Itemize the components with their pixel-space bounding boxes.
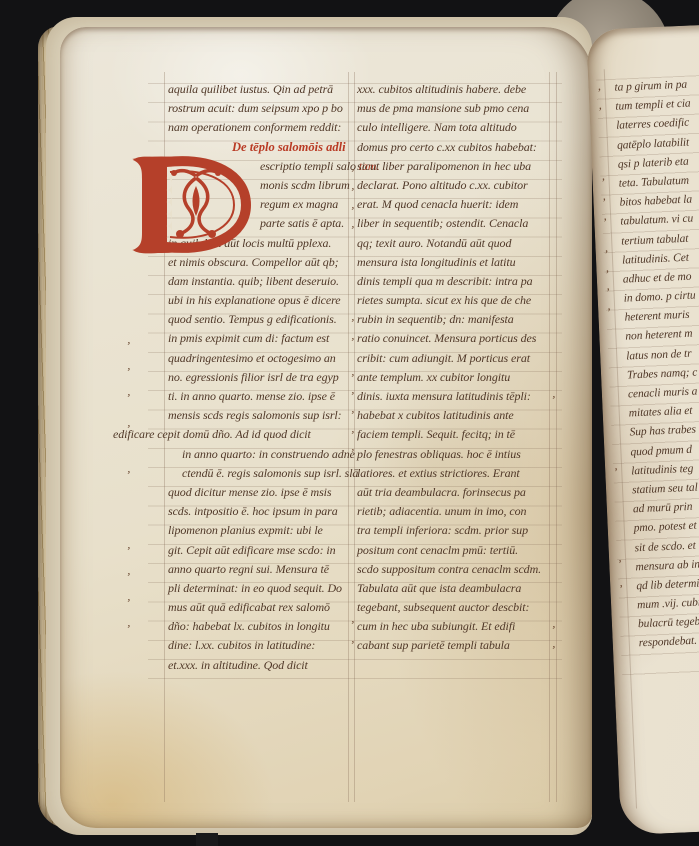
text-line: cum in hec uba subiungit. Et edifi [357,617,552,636]
decorated-initial-icon [130,154,254,256]
text-line: bulacrū tegeb [638,611,699,634]
text-line: mensis scds regis salomonis sup isrl: [168,406,350,425]
text-line: scds. intpositio ē. hoc ipsum in para [168,502,350,521]
text-line: in pmis expimit cum di: factum est [168,329,350,348]
left-column-body: in quibdam aūt locis multū pplexa.et nim… [168,234,350,675]
text-line: tegebant, subsequent auctor descbit: [357,598,552,617]
margin-mark: ʼ [350,337,354,347]
text-line: parte satis ē apta. [260,214,350,233]
margin-mark: ʼ [606,307,610,317]
margin-mark: ʼ [126,572,130,582]
text-line: latitudinis teg [631,458,699,481]
margin-mark: ʼ [551,625,555,635]
text-line: aūt tria deambulacra. forinsecus pa [357,483,552,502]
text-line: erat. M quod cenacla huerit: idem [357,195,552,214]
margin-mark: ʼ [613,467,617,477]
margin-mark: ʼ [605,287,609,297]
text-line: faciem templi. Sequit. fecitq; in tē [357,425,552,444]
text-line: pli determinat: in eo quod sequit. Do [168,579,350,598]
left-text-column: aquila quilibet iustus. Qin ad petrārost… [168,80,350,675]
text-line: scdo suppositum contra cenaclm scdm. [357,560,552,579]
text-line: mensura ab in [635,554,699,577]
margin-mark: ʼ [126,546,130,556]
margin-mark: ʼ [126,424,130,434]
text-line: Sup has trabes [629,420,699,443]
text-line: sicut liber paralipomenon in hec uba [357,157,552,176]
margin-mark: ʼ [601,197,605,207]
text-line: escriptio templi salo tam. [260,157,350,176]
margin-mark: ʼ [350,410,354,420]
text-line: statium seu tal [632,477,699,500]
text-line: tra templi inferiora: scdm. prior sup [357,521,552,540]
text-line: sit de scdo. et te [634,535,699,558]
text-line: mensura ista longitudinis et latitu [357,253,552,272]
text-line: domus pro certo c.xx cubitos habebat: [357,138,552,157]
margin-mark: ʼ [597,87,601,97]
margin-mark: ʼ [126,341,130,351]
text-line: liber in sequentib; ostendit. Cenacla [357,214,552,233]
margin-mark: ʼ [350,448,354,458]
text-line: non heterent m [625,324,699,347]
text-line: quod pmum d [630,439,699,462]
text-line: ctendū ē. regis salomonis sup isrl. slā [182,464,350,483]
margin-mark: ʼ [350,206,354,216]
text-line: in anno quarto: in construendo adne [182,445,350,464]
text-line: ti. in anno quarto. mense zio. ipse ē [168,387,350,406]
margin-mark: ʼ [602,217,606,227]
right-text-column: xxx. cubitos altitudinis habere. debemus… [357,80,552,656]
text-line: cribit: cum adiungit. M porticus erat [357,349,552,368]
text-line: git. Cepit aūt edificare mse scdo: in [168,541,350,560]
text-line: nam operationem conformem reddit: [168,118,350,137]
margin-mark: ʼ [126,624,130,634]
text-line: habebat x cubitos latitudinis ante [357,406,552,425]
text-line: pmo. potest et r [633,516,699,539]
margin-mark: ʼ [126,598,130,608]
margin-mark: ʼ [350,168,354,178]
text-line: quadringentesimo et octogesimo an [168,349,350,368]
margin-mark: ʼ [350,620,354,630]
text-line: regum ex magna [260,195,350,214]
margin-mark: ʼ [350,640,354,650]
text-line: ante templum. xx cubitor longitu [357,368,552,387]
text-line: xxx. cubitos altitudinis habere. debe [357,80,552,99]
text-line: mum .vij. cubi [637,592,699,615]
text-line: qq; texit auro. Notandū aūt quod [357,234,552,253]
text-line: rietes sumpta. sicut ex his que de che [357,291,552,310]
text-line: rietib; adiacentia. unum in imo, con [357,502,552,521]
text-line: dinis templi qua m describit: intra pa [357,272,552,291]
text-line: cabant sup parietē templi tabula [357,636,552,655]
text-line: dinis. iuxta mensura latitudinis tēpli: [357,387,552,406]
text-line: positum cont cenaclm pmū: tertiū. [357,541,552,560]
text-line: qd lib determina [636,573,699,596]
text-line: culo intelligere. Nam tota altitudo [357,118,552,137]
margin-mark: ʼ [551,645,555,655]
text-line: Tabulata aūt que ista deambulacra [357,579,552,598]
text-line: ubi in his explanatione opus ē dicere [168,291,350,310]
text-line: aquila quilibet iustus. Qin ad petrā [168,80,350,99]
margin-mark: ʼ [350,391,354,401]
text-line: mus de pma mansione sub pmo cena [357,99,552,118]
text-line: quod dicitur mense zio. ipse ē msis [168,483,350,502]
text-line: monis scdm librum [260,176,350,195]
margin-mark: ʼ [617,559,621,569]
ruling-vertical [354,72,355,802]
manuscript-page: aquila quilibet iustus. Qin ad petrārost… [60,27,592,828]
text-line: rostrum acuit: dum seipsum xpo p bo [168,99,350,118]
margin-mark: ʼ [126,367,130,377]
margin-mark: ʼ [600,177,604,187]
margin-mark: ʼ [126,470,130,480]
text-line: ratio conuincet. Mensura porticus des [357,329,552,348]
text-line: et.xxx. in altitudine. Qod dicit [168,656,350,675]
page-clamp [196,833,218,846]
text-line: anno quarto regni sui. Mensura tē [168,560,350,579]
margin-mark: ʼ [551,395,555,405]
text-line: rubin in sequentib; dn: manifesta [357,310,552,329]
margin-mark: ʼ [350,187,354,197]
margin-mark: ʼ [604,269,608,279]
text-line: edificare cepit domū dño. Ad id quod dic… [113,425,350,444]
facing-page-fragment: ta p girum in patum templi et cialaterre… [586,25,699,836]
left-column-opening: aquila quilibet iustus. Qin ad petrārost… [168,80,350,138]
margin-mark: ʼ [350,373,354,383]
manuscript-photo: aquila quilibet iustus. Qin ad petrārost… [0,0,699,846]
margin-mark: ʼ [604,249,608,259]
text-line: respondebat. [638,631,699,654]
text-line: latiores. et extius strictiores. Erant [357,464,552,483]
text-line: tabulatum. vi cu [620,209,699,232]
text-line: ad murū prin [633,496,699,519]
text-line: dine: l.xx. cubitos in latitudine: [168,636,350,655]
text-line: dam instantia. quib; libent deseruio. [168,272,350,291]
margin-mark: ʼ [350,318,354,328]
margin-mark: ʼ [597,106,601,116]
text-line: mus aūt quā edificabat rex salomō [168,598,350,617]
text-line: quod sentio. Tempus g edificationis. [168,310,350,329]
margin-mark: ʼ [618,584,622,594]
margin-mark: ʼ [350,430,354,440]
margin-mark: ʼ [126,393,130,403]
ruling-vertical [556,72,557,802]
text-line: dño: habebat lx. cubitos in longitu [168,617,350,636]
text-line: declarat. Pono altitudo c.xx. cubitor [357,176,552,195]
text-line: no. egressionis filior isrl de tra egyp [168,368,350,387]
margin-mark: ʼ [350,225,354,235]
text-line: lipomenon planius expmit: ubi le [168,521,350,540]
text-line: plo fenestras obliquas. hoc ē intius [357,445,552,464]
